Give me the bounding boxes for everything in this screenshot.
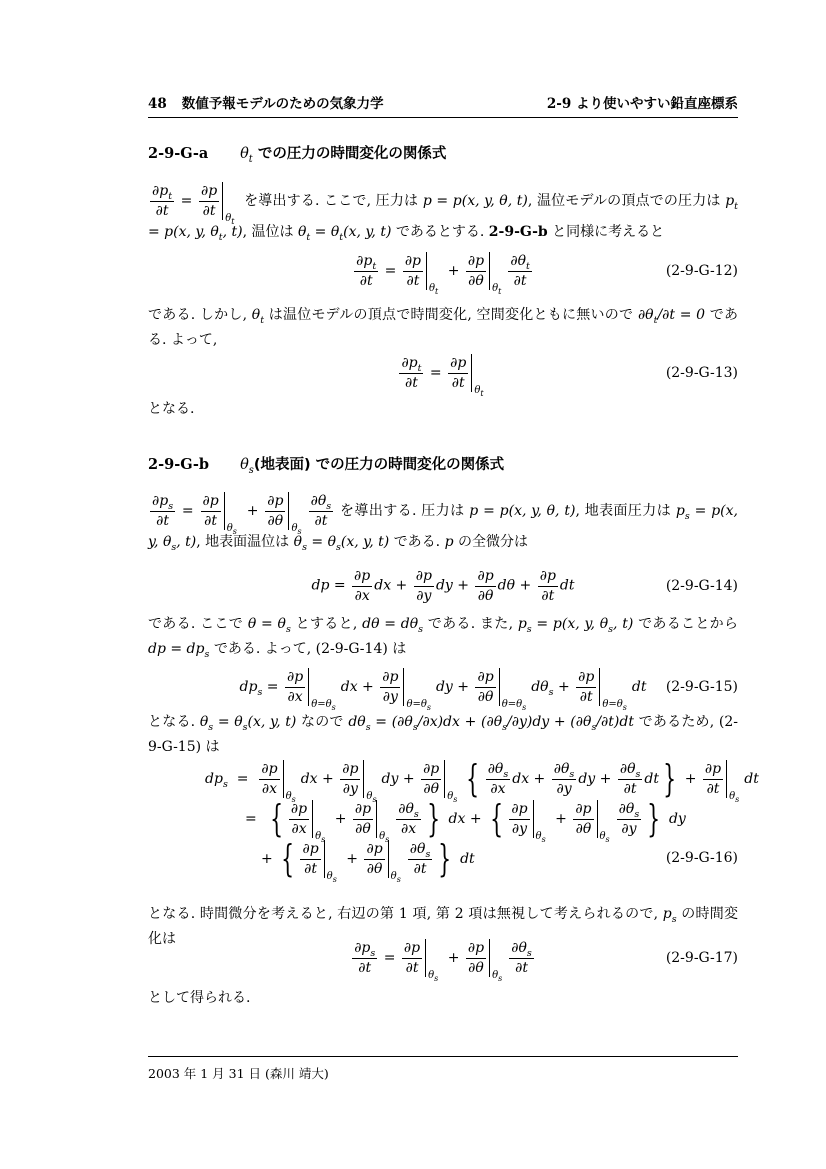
section-title-a: θt での圧力の時間変化の関係式	[240, 146, 446, 162]
equation-number-13: (2-9-G-13)	[666, 365, 738, 381]
page-header: 48 数値予報モデルのための気象力学 2-9 より使いやすい鉛直座標系	[148, 92, 738, 118]
para-tonaru-a: となる.	[148, 397, 738, 422]
equation-2-9-G-13: ∂pt∂t = ∂p∂tθt (2-9-G-13)	[148, 349, 738, 397]
equation-number-16: (2-9-G-16)	[666, 850, 738, 866]
page-number: 48	[148, 96, 167, 112]
para-total-differential-theta-s: となる. θs = θs(x, y, t) なので dθs = (∂θs/∂x)…	[148, 710, 738, 760]
equation-16-line-2: = {∂p∂xθs + ∂p∂θθs∂θs∂x} dx + {∂p∂yθs + …	[245, 800, 738, 838]
section-heading-b: 2-9-G-b θs(地表面) での圧力の時間変化の関係式	[148, 453, 504, 474]
equation-number-15: (2-9-G-15)	[666, 679, 738, 695]
equation-number-12: (2-9-G-12)	[666, 263, 738, 279]
equation-number-17: (2-9-G-17)	[666, 950, 738, 966]
header-right-title: 2-9 より使いやすい鉛直座標系	[547, 92, 738, 112]
para-derivation-goal-b: ∂ps∂t = ∂p∂tθs + ∂p∂θθs∂θs∂t を導出する. 圧力は …	[148, 492, 738, 555]
equation-2-9-G-15: dps = ∂p∂xθ=θsdx + ∂p∂yθ=θsdy + ∂p∂θθ=θs…	[148, 663, 738, 711]
equation-2-9-G-12: ∂pt∂t = ∂p∂tθt + ∂p∂θθt∂θt∂t (2-9-G-12)	[148, 247, 738, 295]
equation-number-14: (2-9-G-14)	[666, 578, 738, 594]
section-label-a: 2-9-G-a	[148, 145, 235, 162]
equation-body-14: dp = ∂p∂xdx + ∂p∂ydy + ∂p∂θdθ + ∂p∂tdt	[311, 568, 574, 603]
para-theta-t-constant: である. しかし, θt は温位モデルの頂点で時間変化, 空間変化ともに無いので…	[148, 303, 738, 353]
equation-2-9-G-17: ∂ps∂t = ∂p∂tθs + ∂p∂θθs∂θs∂t (2-9-G-17)	[148, 934, 738, 982]
para-derivation-goal-a: ∂pt∂t = ∂p∂tθt を導出する. ここで, 圧力は p = p(x, …	[148, 182, 738, 245]
para-theta-substitution: である. ここで θ = θs とすると, dθ = dθs である. また, …	[148, 612, 738, 662]
footer-date-author: 2003 年 1 月 31 日 (森川 靖大)	[148, 1066, 329, 1081]
header-left-title: 数値予報モデルのための気象力学	[182, 92, 384, 112]
section-label-b: 2-9-G-b	[148, 456, 235, 473]
para-conclusion: として得られる.	[148, 986, 738, 1011]
equation-16-line-1: dps = ∂p∂xθsdx + ∂p∂yθsdy + ∂p∂θθs{∂θs∂x…	[205, 760, 738, 798]
equation-body-15: dps = ∂p∂xθ=θsdx + ∂p∂yθ=θsdy + ∂p∂θθ=θs…	[240, 668, 647, 706]
section-heading-a: 2-9-G-a θt での圧力の時間変化の関係式	[148, 142, 446, 163]
page-footer: 2003 年 1 月 31 日 (森川 靖大)	[148, 1056, 738, 1082]
equation-body-17: ∂ps∂t = ∂p∂tθs + ∂p∂θθs∂θs∂t	[350, 939, 536, 977]
section-title-b: θs(地表面) での圧力の時間変化の関係式	[240, 457, 504, 473]
equation-2-9-G-16: dps = ∂p∂xθsdx + ∂p∂yθsdy + ∂p∂θθs{∂θs∂x…	[148, 760, 738, 880]
document-page: 48 数値予報モデルのための気象力学 2-9 より使いやすい鉛直座標系 2-9-…	[0, 0, 826, 1169]
equation-2-9-G-14: dp = ∂p∂xdx + ∂p∂ydy + ∂p∂θdθ + ∂p∂tdt (…	[148, 562, 738, 610]
equation-body-12: ∂pt∂t = ∂p∂tθt + ∂p∂θθt∂θt∂t	[352, 252, 534, 290]
header-left-group: 48 数値予報モデルのための気象力学	[148, 92, 384, 112]
equation-body-13: ∂pt∂t = ∂p∂tθt	[397, 354, 488, 392]
